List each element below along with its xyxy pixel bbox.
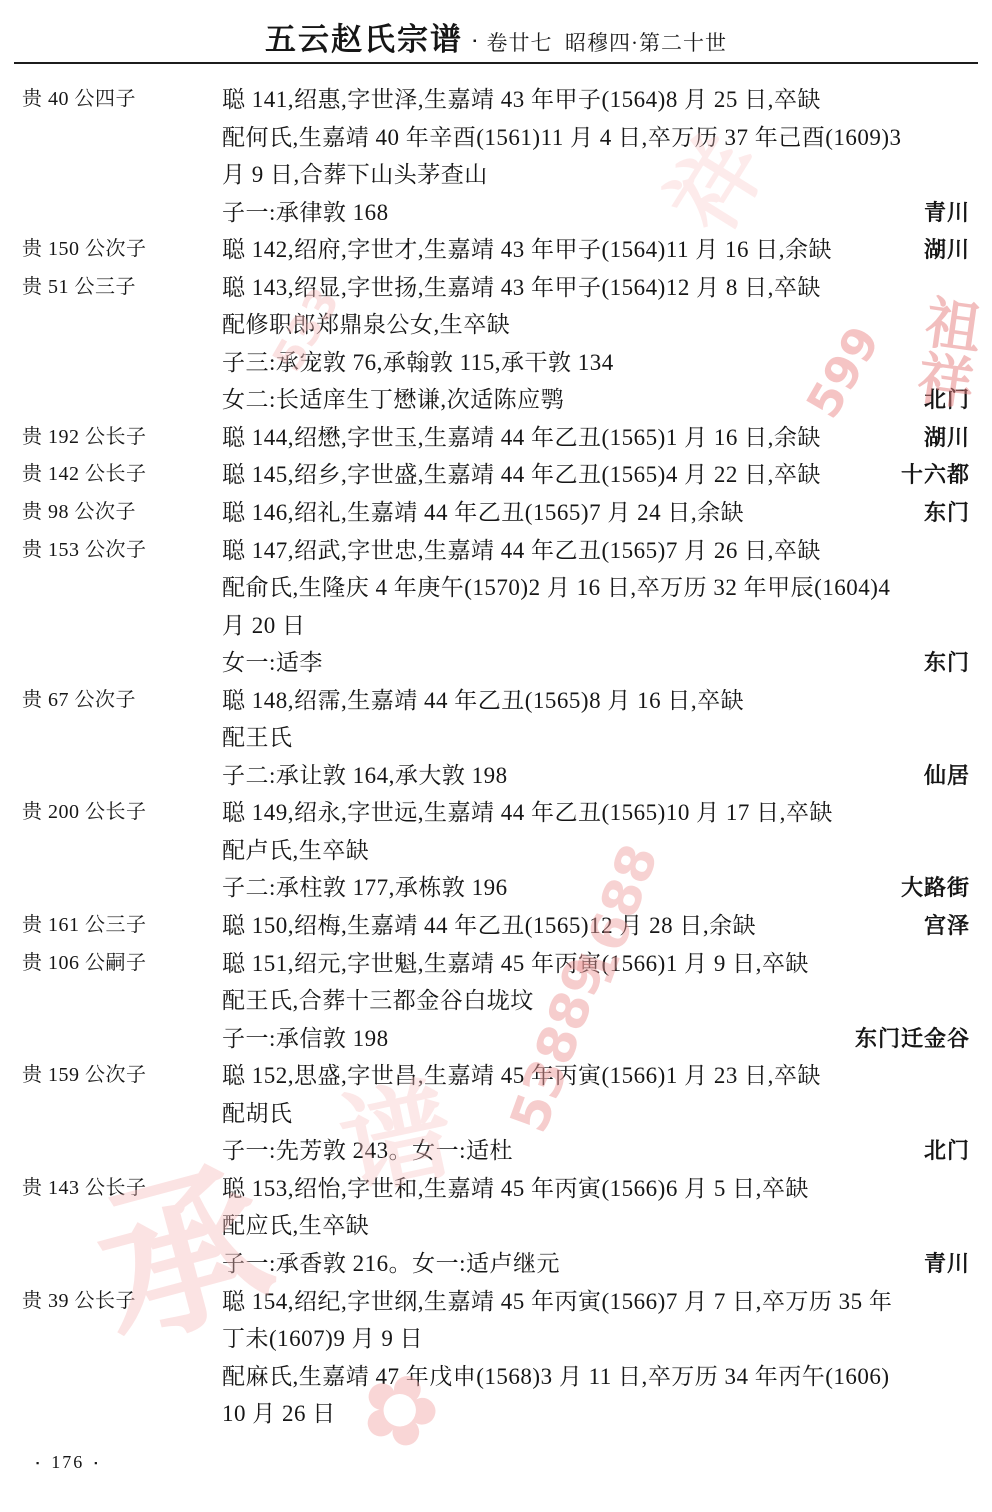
entry-text: 配修职郎郑鼎泉公女,生卒缺 bbox=[222, 306, 510, 344]
entry-text: 月 20 日 bbox=[222, 607, 306, 645]
entry-text: 丁未(1607)9 月 9 日 bbox=[222, 1320, 423, 1358]
entry-text: 聪 147,绍武,字世忠,生嘉靖 44 年乙丑(1565)7 月 26 日,卒缺 bbox=[222, 532, 821, 570]
branch-location-label: 东门 bbox=[924, 494, 970, 532]
branch-location-label: 北门 bbox=[924, 1132, 970, 1170]
entry-text: 聪 149,绍永,字世远,生嘉靖 44 年乙丑(1565)10 月 17 日,卒… bbox=[222, 794, 833, 832]
entry-text: 配何氏,生嘉靖 40 年辛酉(1561)11 月 4 日,卒万历 37 年己酉(… bbox=[222, 119, 902, 157]
entry-line: 贵 159 公次子聪 152,思盛,字世昌,生嘉靖 45 年丙寅(1566)1 … bbox=[0, 1057, 992, 1095]
entry-line: 月 9 日,合葬下山头茅查山 bbox=[0, 156, 992, 194]
entry-line: 子一:承信敦 198东门迁金谷 bbox=[0, 1020, 992, 1058]
footer-right-dot: ▪ bbox=[94, 1458, 99, 1468]
entry-line: 贵 98 公次子聪 146,绍礼,生嘉靖 44 年乙丑(1565)7 月 24 … bbox=[0, 494, 992, 532]
entry-line: 子一:承香敦 216。女一:适卢继元青川 bbox=[0, 1245, 992, 1283]
entry-line: 贵 142 公长子聪 145,绍乡,字世盛,生嘉靖 44 年乙丑(1565)4 … bbox=[0, 456, 992, 494]
father-rank-label: 贵 51 公三子 bbox=[22, 269, 136, 307]
entry-text: 配王氏,合葬十三都金谷白垅坟 bbox=[222, 982, 534, 1020]
entry-text: 聪 146,绍礼,生嘉靖 44 年乙丑(1565)7 月 24 日,余缺 bbox=[222, 494, 744, 532]
entry-text: 子一:承律敦 168 bbox=[222, 194, 389, 232]
father-rank-label: 贵 153 公次子 bbox=[22, 532, 147, 570]
entry-line: 10 月 26 日 bbox=[0, 1395, 992, 1433]
entry-line: 贵 192 公长子聪 144,绍懋,字世玉,生嘉靖 44 年乙丑(1565)1 … bbox=[0, 419, 992, 457]
volume-subtitle: 卷廿七 昭穆四·第二十世 bbox=[487, 27, 728, 57]
entry-text: 配麻氏,生嘉靖 47 年戊申(1568)3 月 11 日,卒万历 34 年丙午(… bbox=[222, 1358, 890, 1396]
entry-line: 贵 51 公三子聪 143,绍显,字世扬,生嘉靖 43 年甲子(1564)12 … bbox=[0, 269, 992, 307]
entry-text: 女二:长适庠生丁懋谦,次适陈应鹗 bbox=[222, 381, 564, 419]
branch-location-label: 湖川 bbox=[924, 231, 970, 269]
entry-text: 子二:承让敦 164,承大敦 198 bbox=[222, 757, 508, 795]
branch-location-label: 湖川 bbox=[924, 419, 970, 457]
entry-text: 聪 150,绍梅,生嘉靖 44 年乙丑(1565)12 月 28 日,余缺 bbox=[222, 907, 756, 945]
entry-text: 子一:承信敦 198 bbox=[222, 1020, 389, 1058]
entry-text: 子一:承香敦 216。女一:适卢继元 bbox=[222, 1245, 560, 1283]
entry-line: 子一:承律敦 168青川 bbox=[0, 194, 992, 232]
entry-line: 贵 40 公四子聪 141,绍惠,字世泽,生嘉靖 43 年甲子(1564)8 月… bbox=[0, 81, 992, 119]
entry-text: 配俞氏,生隆庆 4 年庚午(1570)2 月 16 日,卒万历 32 年甲辰(1… bbox=[222, 569, 890, 607]
entry-line: 子一:先芳敦 243。女一:适杜北门 bbox=[0, 1132, 992, 1170]
title-separator-dot: ▪ bbox=[473, 36, 477, 47]
entry-text: 聪 152,思盛,字世昌,生嘉靖 45 年丙寅(1566)1 月 23 日,卒缺 bbox=[222, 1057, 821, 1095]
father-rank-label: 贵 67 公次子 bbox=[22, 682, 136, 720]
entry-line: 女二:长适庠生丁懋谦,次适陈应鹗北门 bbox=[0, 381, 992, 419]
entry-line: 配麻氏,生嘉靖 47 年戊申(1568)3 月 11 日,卒万历 34 年丙午(… bbox=[0, 1358, 992, 1396]
branch-location-label: 东门迁金谷 bbox=[855, 1020, 970, 1058]
entry-text: 聪 151,绍元,字世魁,生嘉靖 45 年丙寅(1566)1 月 9 日,卒缺 bbox=[222, 945, 809, 983]
entry-line: 贵 67 公次子聪 148,绍霈,生嘉靖 44 年乙丑(1565)8 月 16 … bbox=[0, 682, 992, 720]
page-header: 五云赵氏宗谱 ▪ 卷廿七 昭穆四·第二十世 bbox=[0, 14, 992, 59]
entry-text: 聪 141,绍惠,字世泽,生嘉靖 43 年甲子(1564)8 月 25 日,卒缺 bbox=[222, 81, 821, 119]
entry-line: 配应氏,生卒缺 bbox=[0, 1207, 992, 1245]
header-rule bbox=[14, 62, 978, 64]
entry-line: 配胡氏 bbox=[0, 1095, 992, 1133]
page-number: 176 bbox=[51, 1452, 84, 1473]
entry-text: 聪 154,绍纪,字世纲,生嘉靖 45 年丙寅(1566)7 月 7 日,卒万历… bbox=[222, 1283, 892, 1321]
entry-text: 子三:承宠敦 76,承翰敦 115,承干敦 134 bbox=[222, 344, 614, 382]
father-rank-label: 贵 142 公长子 bbox=[22, 456, 147, 494]
entry-line: 子二:承柱敦 177,承栋敦 196大路街 bbox=[0, 869, 992, 907]
father-rank-label: 贵 161 公三子 bbox=[22, 907, 147, 945]
father-rank-label: 贵 40 公四子 bbox=[22, 81, 136, 119]
entry-line: 月 20 日 bbox=[0, 607, 992, 645]
entry-line: 贵 153 公次子聪 147,绍武,字世忠,生嘉靖 44 年乙丑(1565)7 … bbox=[0, 532, 992, 570]
entry-text: 月 9 日,合葬下山头茅查山 bbox=[222, 156, 488, 194]
entry-line: 贵 143 公长子聪 153,绍怡,字世和,生嘉靖 45 年丙寅(1566)6 … bbox=[0, 1170, 992, 1208]
footer-left-dot: ▪ bbox=[36, 1458, 41, 1468]
entry-line: 丁未(1607)9 月 9 日 bbox=[0, 1320, 992, 1358]
entry-text: 配应氏,生卒缺 bbox=[222, 1207, 369, 1245]
entry-line: 配王氏 bbox=[0, 719, 992, 757]
entry-line: 子二:承让敦 164,承大敦 198仙居 bbox=[0, 757, 992, 795]
father-rank-label: 贵 98 公次子 bbox=[22, 494, 136, 532]
entry-text: 聪 143,绍显,字世扬,生嘉靖 43 年甲子(1564)12 月 8 日,卒缺 bbox=[222, 269, 821, 307]
father-rank-label: 贵 200 公长子 bbox=[22, 794, 147, 832]
father-rank-label: 贵 150 公次子 bbox=[22, 231, 147, 269]
father-rank-label: 贵 106 公嗣子 bbox=[22, 945, 147, 983]
father-rank-label: 贵 39 公长子 bbox=[22, 1283, 136, 1321]
entry-text: 聪 142,绍府,字世才,生嘉靖 43 年甲子(1564)11 月 16 日,余… bbox=[222, 231, 832, 269]
entry-text: 聪 145,绍乡,字世盛,生嘉靖 44 年乙丑(1565)4 月 22 日,卒缺 bbox=[222, 456, 821, 494]
entry-text: 配卢氏,生卒缺 bbox=[222, 832, 369, 870]
entry-text: 聪 144,绍懋,字世玉,生嘉靖 44 年乙丑(1565)1 月 16 日,余缺 bbox=[222, 419, 821, 457]
father-rank-label: 贵 143 公长子 bbox=[22, 1170, 147, 1208]
entries-list: 贵 40 公四子聪 141,绍惠,字世泽,生嘉靖 43 年甲子(1564)8 月… bbox=[0, 81, 992, 1433]
book-title: 五云赵氏宗谱 bbox=[265, 14, 463, 59]
entry-line: 贵 161 公三子聪 150,绍梅,生嘉靖 44 年乙丑(1565)12 月 2… bbox=[0, 907, 992, 945]
branch-location-label: 东门 bbox=[924, 644, 970, 682]
entry-text: 子一:先芳敦 243。女一:适杜 bbox=[222, 1132, 513, 1170]
entry-text: 聪 148,绍霈,生嘉靖 44 年乙丑(1565)8 月 16 日,卒缺 bbox=[222, 682, 744, 720]
entry-line: 配何氏,生嘉靖 40 年辛酉(1561)11 月 4 日,卒万历 37 年己酉(… bbox=[0, 119, 992, 157]
entry-text: 女一:适李 bbox=[222, 644, 323, 682]
entry-line: 贵 150 公次子聪 142,绍府,字世才,生嘉靖 43 年甲子(1564)11… bbox=[0, 231, 992, 269]
entry-text: 配王氏 bbox=[222, 719, 293, 757]
branch-location-label: 青川 bbox=[924, 1245, 970, 1283]
entry-line: 配卢氏,生卒缺 bbox=[0, 832, 992, 870]
entry-text: 子二:承柱敦 177,承栋敦 196 bbox=[222, 869, 508, 907]
entry-line: 子三:承宠敦 76,承翰敦 115,承干敦 134 bbox=[0, 344, 992, 382]
branch-location-label: 青川 bbox=[924, 194, 970, 232]
entry-line: 配俞氏,生隆庆 4 年庚午(1570)2 月 16 日,卒万历 32 年甲辰(1… bbox=[0, 569, 992, 607]
branch-location-label: 北门 bbox=[924, 381, 970, 419]
entry-line: 贵 200 公长子聪 149,绍永,字世远,生嘉靖 44 年乙丑(1565)10… bbox=[0, 794, 992, 832]
entry-line: 贵 39 公长子聪 154,绍纪,字世纲,生嘉靖 45 年丙寅(1566)7 月… bbox=[0, 1283, 992, 1321]
father-rank-label: 贵 192 公长子 bbox=[22, 419, 147, 457]
entry-line: 女一:适李东门 bbox=[0, 644, 992, 682]
branch-location-label: 大路街 bbox=[901, 869, 970, 907]
entry-text: 10 月 26 日 bbox=[222, 1395, 336, 1433]
entry-text: 聪 153,绍怡,字世和,生嘉靖 45 年丙寅(1566)6 月 5 日,卒缺 bbox=[222, 1170, 809, 1208]
page-footer: ▪ 176 ▪ bbox=[36, 1452, 99, 1473]
father-rank-label: 贵 159 公次子 bbox=[22, 1057, 147, 1095]
entry-line: 配王氏,合葬十三都金谷白垅坟 bbox=[0, 982, 992, 1020]
genealogy-page: 五云赵氏宗谱 ▪ 卷廿七 昭穆四·第二十世 贵 40 公四子聪 141,绍惠,字… bbox=[0, 0, 992, 1512]
branch-location-label: 仙居 bbox=[924, 757, 970, 795]
branch-location-label: 宫泽 bbox=[924, 907, 970, 945]
entry-line: 配修职郎郑鼎泉公女,生卒缺 bbox=[0, 306, 992, 344]
branch-location-label: 十六都 bbox=[901, 456, 970, 494]
entry-line: 贵 106 公嗣子聪 151,绍元,字世魁,生嘉靖 45 年丙寅(1566)1 … bbox=[0, 945, 992, 983]
entry-text: 配胡氏 bbox=[222, 1095, 293, 1133]
